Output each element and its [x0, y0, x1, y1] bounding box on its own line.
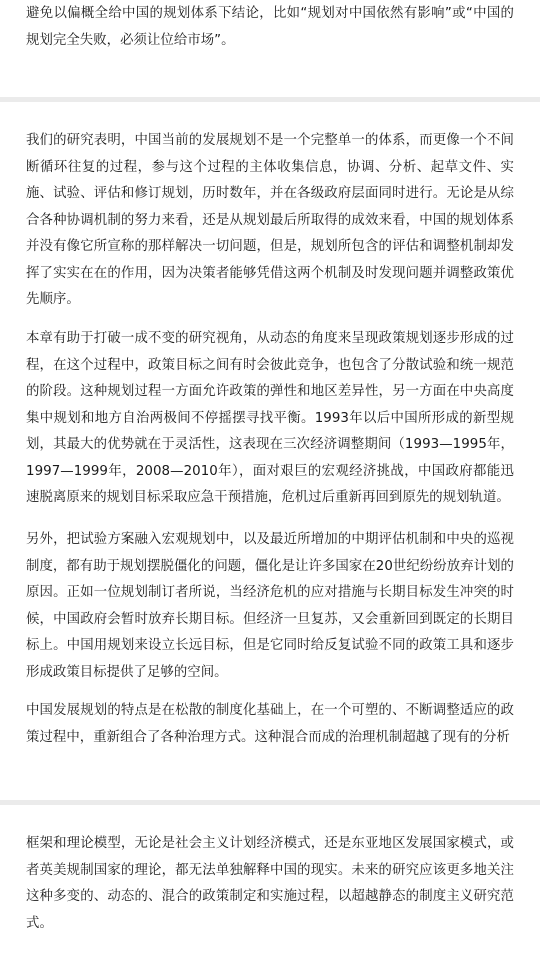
paragraph: 避免以偏概全给中国的规划体系下结论，比如“规划对中国依然有影响”或“中国的规划完…	[26, 1, 514, 54]
paragraph: 另外，把试验方案融入宏观规划中，以及最近所增加的中期评估机制和中央的巡视制度，都…	[26, 527, 514, 686]
paragraph: 框架和理论模型，无论是社会主义计划经济模式，还是东亚地区发展国家模式，或者英美规…	[26, 831, 514, 937]
paragraph: 中国发展规划的特点是在松散的制度化基础上，在一个可塑的、不断调整适应的政策过程中…	[26, 698, 514, 751]
paragraph: 我们的研究表明，中国当前的发展规划不是一个完整单一的体系，而更像一个不间断循环往…	[26, 128, 514, 314]
page-separator	[0, 97, 540, 102]
page-separator	[0, 800, 540, 805]
paragraph: 本章有助于打破一成不变的研究视角，从动态的角度来呈现政策规划逐步形成的过程，在这…	[26, 326, 514, 512]
